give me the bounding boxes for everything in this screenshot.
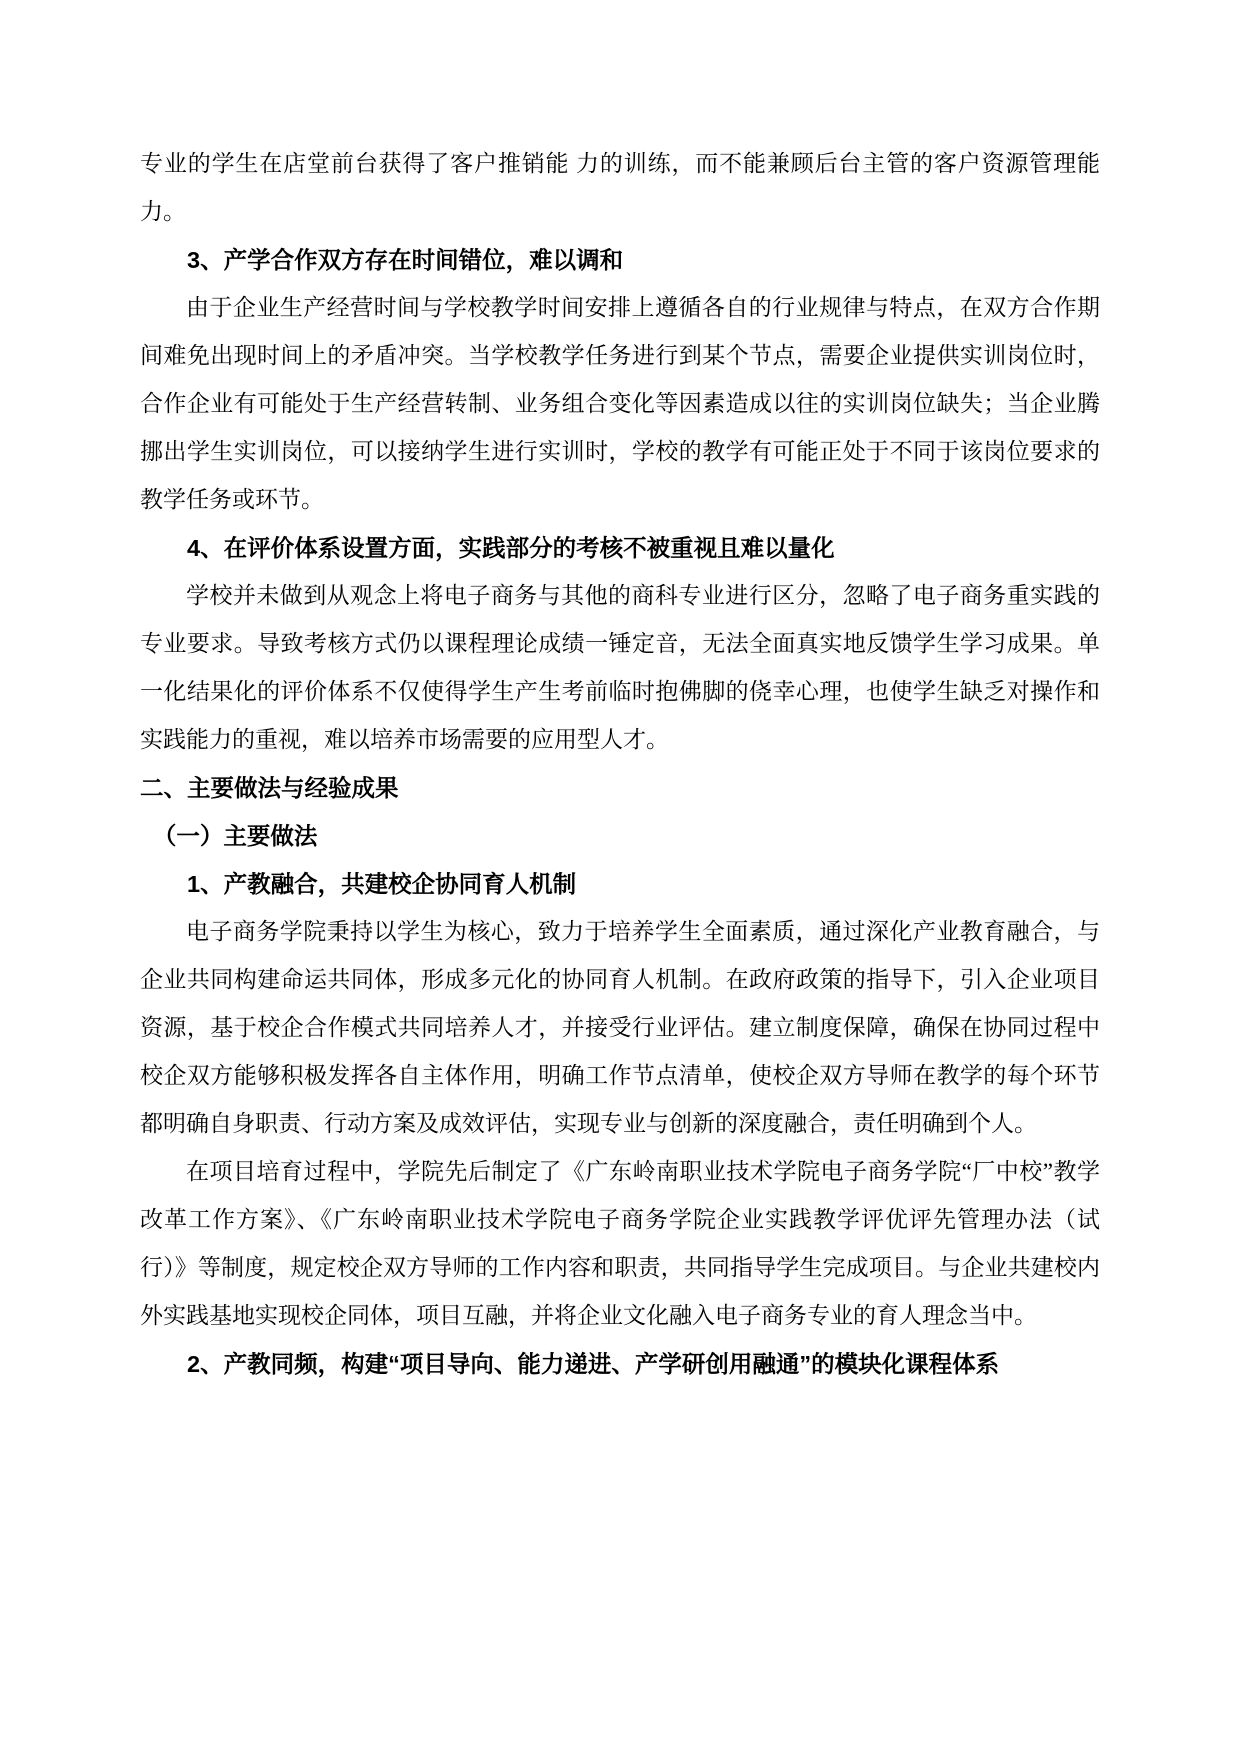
paragraph-time-mismatch-detail: 由于企业生产经营时间与学校教学时间安排上遵循各自的行业规律与特点，在双方合作期间… [140, 284, 1100, 524]
heading-4-evaluation-system: 4、在评价体系设置方面，实践部分的考核不被重视且难以量化 [140, 524, 1100, 572]
heading-section-2-main-practices: 二、主要做法与经验成果 [140, 764, 1100, 812]
heading-1-industry-education-integration: 1、产教融合，共建校企协同育人机制 [140, 860, 1100, 908]
paragraph-project-cultivation-policies: 在项目培育过程中，学院先后制定了《广东岭南职业技术学院电子商务学院“厂中校”教学… [140, 1148, 1100, 1340]
document-page: 专业的学生在店堂前台获得了客户推销能 力的训练，而不能兼顾后台主管的客户资源管理… [0, 0, 1240, 1753]
paragraph-evaluation-detail: 学校并未做到从观念上将电子商务与其他的商科专业进行区分，忽略了电子商务重实践的专… [140, 572, 1100, 764]
heading-subsection-1-main-practices: （一）主要做法 [140, 812, 1100, 860]
heading-3-time-mismatch: 3、产学合作双方存在时间错位，难以调和 [140, 236, 1100, 284]
paragraph-collaborative-education-mechanism: 电子商务学院秉持以学生为核心，致力于培养学生全面素质，通过深化产业教育融合，与企… [140, 908, 1100, 1148]
document-body: 专业的学生在店堂前台获得了客户推销能 力的训练，而不能兼顾后台主管的客户资源管理… [140, 140, 1100, 1388]
paragraph-client-resource: 专业的学生在店堂前台获得了客户推销能 力的训练，而不能兼顾后台主管的客户资源管理… [140, 140, 1100, 236]
heading-2-modular-curriculum-system: 2、产教同频，构建“项目导向、能力递进、产学研创用融通”的模块化课程体系 [140, 1340, 1100, 1388]
